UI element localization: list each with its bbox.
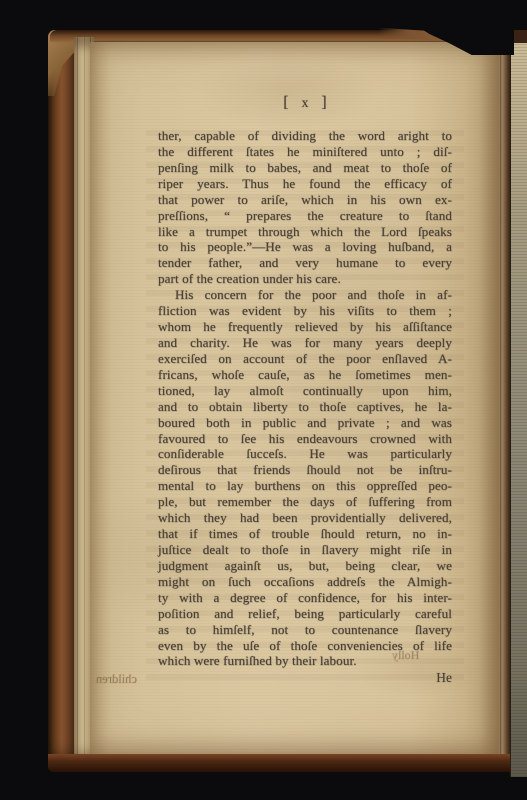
book-page: [x] ther, capable of dividing the word a… (90, 42, 500, 756)
text-line: the different ſtates he miniſtered unto … (158, 144, 452, 160)
text-line: tioned, lay almoſt continually upon him, (158, 383, 452, 399)
book: [x] ther, capable of dividing the word a… (48, 30, 527, 772)
open-bracket: [ (283, 94, 288, 111)
text-line: favoured to ſee his endeavours crowned w… (158, 431, 452, 447)
text-line: that power to ariſe, which in his own ex… (158, 192, 452, 208)
close-bracket: ] (321, 94, 326, 111)
book-bottom-edge (48, 754, 510, 772)
text-line: riper years. Thus he found the efficacy … (158, 176, 452, 192)
text-line: fricans, whoſe cauſe, as he ſometimes me… (158, 367, 452, 383)
text-line: juſtice dealt to thoſe in ſlavery might … (158, 542, 452, 558)
text-line: and charity. He was for many years deepl… (158, 335, 452, 351)
page-header: [x] (158, 94, 452, 112)
text-line: that if times of trouble ſhould return, … (158, 526, 452, 542)
page-fold-shadow (498, 38, 510, 764)
bleedthrough-word: children (96, 672, 137, 687)
text-line: ple, but remember the days of ſuffering … (158, 494, 452, 510)
text-line: penſing milk to babes, and meat to thoſe… (158, 160, 452, 176)
text-line: tender father, and very humane to every (158, 255, 452, 271)
text-line: judgment againſt us, but, being clear, w… (158, 558, 452, 574)
photo-background: [x] ther, capable of dividing the word a… (0, 0, 527, 800)
text-line: as to himſelf, not to countenance ſlaver… (158, 622, 452, 638)
bleedthrough-word: Holly (392, 648, 419, 663)
text-line: ty with a degree of confidence, for his … (158, 590, 452, 606)
text-line: preſſions, “ prepares the creature to ſt… (158, 208, 452, 224)
catchword: He (158, 670, 452, 686)
fore-edge-pages (510, 43, 527, 777)
text-line: mental to lay burthens on this oppreſſed… (158, 478, 452, 494)
text-line: whom he frequently relieved by his aſſiſ… (158, 319, 452, 335)
text-line: deſirous that friends ſhould not be inſt… (158, 462, 452, 478)
text-line: fliction was evident by his viſits to th… (158, 303, 452, 319)
text-line: and to obtain liberty to thoſe captives,… (158, 399, 452, 415)
text-line: to his people.”—He was a loving huſband,… (158, 239, 452, 255)
text-line: which they had been providentially deliv… (158, 510, 452, 526)
page-number: x (302, 95, 309, 110)
text-line: part of the creation under his care. (158, 271, 452, 287)
text-line: like a trumpet through which the Lord ſp… (158, 224, 452, 240)
text-line: boured both in public and private ; and … (158, 415, 452, 431)
text-line: poſition and relief, being particularly … (158, 606, 452, 622)
text-line: conſiderable ſucceſs. He was particularl… (158, 446, 452, 462)
text-line: ther, capable of dividing the word arigh… (158, 128, 452, 144)
text-line: His concern for the poor and thoſe in af… (158, 287, 452, 303)
text-line: might on ſuch occaſions addreſs the Almi… (158, 574, 452, 590)
text-line: exerciſed on account of the poor enſlave… (158, 351, 452, 367)
text-block: ther, capable of dividing the word arigh… (158, 128, 452, 669)
